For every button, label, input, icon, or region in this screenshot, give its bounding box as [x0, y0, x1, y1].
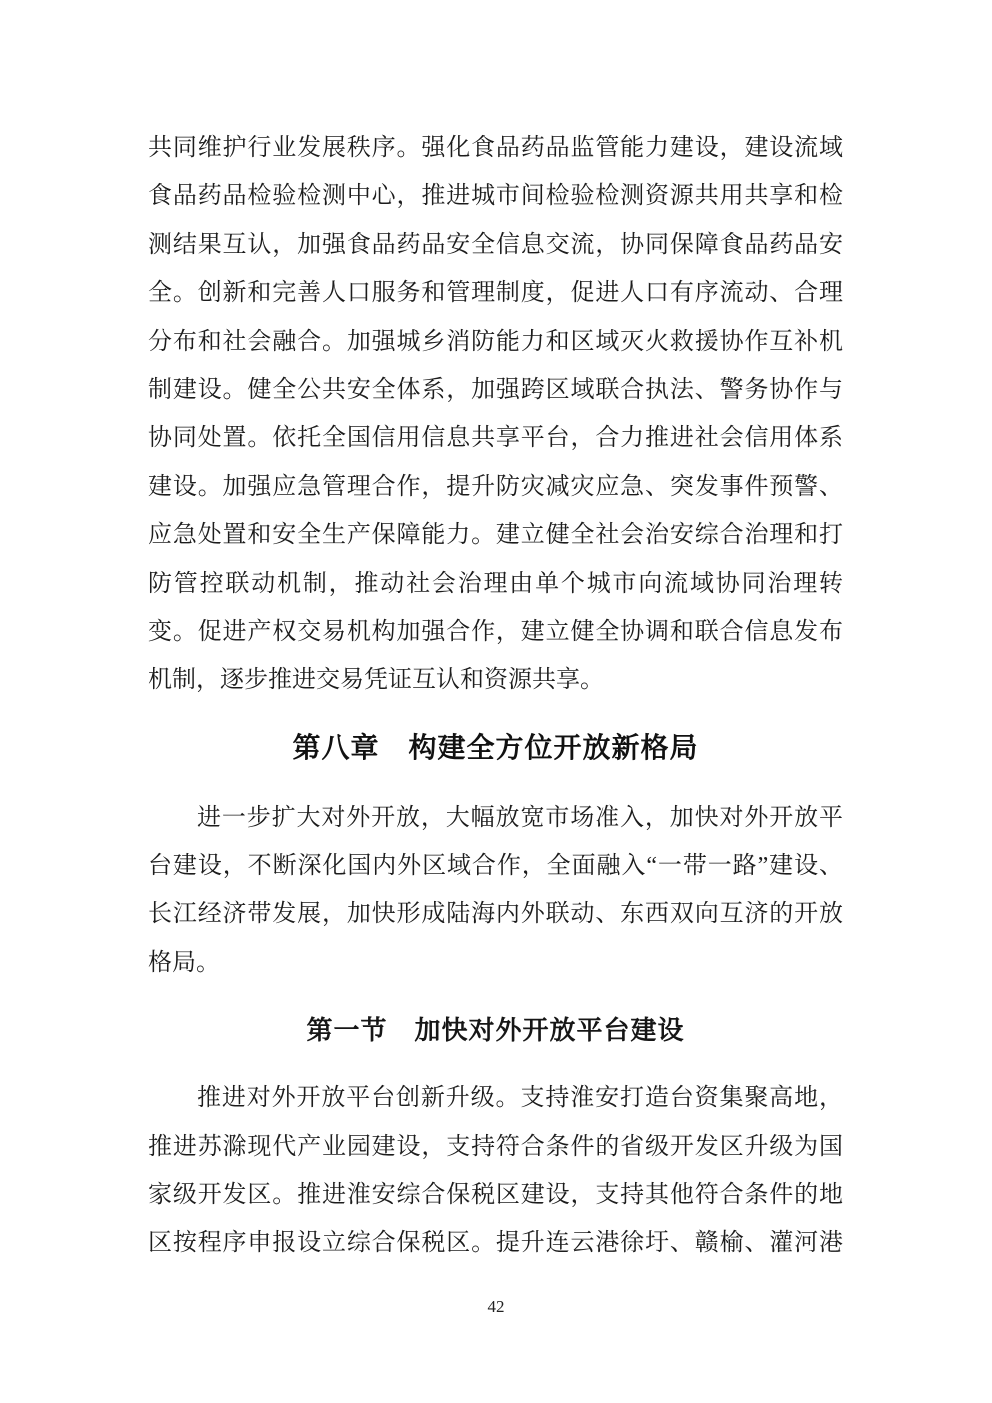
chapter-heading: 第八章 构建全方位开放新格局 — [148, 728, 843, 768]
body-text-line: 长江经济带发展，加快形成陆海内外联动、东西双向互济的开放 — [148, 890, 843, 938]
body-text-line: 分布和社会融合。加强城乡消防能力和区域灭火救援协作互补机 — [148, 318, 843, 366]
body-text-line: 格局。 — [148, 939, 843, 987]
body-text-line: 家级开发区。推进淮安综合保税区建设，支持其他符合条件的地 — [148, 1171, 843, 1219]
body-text-line: 共同维护行业发展秩序。强化食品药品监管能力建设，建设流域 — [148, 124, 843, 172]
body-text-line: 食品药品检验检测中心，推进城市间检验检测资源共用共享和检 — [148, 172, 843, 220]
body-text-line: 协同处置。依托全国信用信息共享平台，合力推进社会信用体系 — [148, 414, 843, 462]
body-text-line: 推进苏滁现代产业园建设，支持符合条件的省级开发区升级为国 — [148, 1123, 843, 1171]
body-text-line: 进一步扩大对外开放，大幅放宽市场准入，加快对外开放平 — [148, 794, 843, 842]
body-text-line: 全。创新和完善人口服务和管理制度，促进人口有序流动、合理 — [148, 269, 843, 317]
text-column: 共同维护行业发展秩序。强化食品药品监管能力建设，建设流域 食品药品检验检测中心，… — [148, 124, 843, 1268]
body-text-line: 区按程序申报设立综合保税区。提升连云港徐圩、赣榆、灌河港 — [148, 1219, 843, 1267]
body-text-line: 应急处置和安全生产保障能力。建立健全社会治安综合治理和打 — [148, 511, 843, 559]
body-text-line: 测结果互认，加强食品药品安全信息交流，协同保障食品药品安 — [148, 221, 843, 269]
section-heading: 第一节 加快对外开放平台建设 — [148, 1013, 843, 1049]
document-page: 共同维护行业发展秩序。强化食品药品监管能力建设，建设流域 食品药品检验检测中心，… — [0, 0, 992, 1403]
body-text-line: 防管控联动机制，推动社会治理由单个城市向流域协同治理转 — [148, 560, 843, 608]
body-text-line: 制建设。健全公共安全体系，加强跨区域联合执法、警务协作与 — [148, 366, 843, 414]
body-text-line: 机制，逐步推进交易凭证互认和资源共享。 — [148, 656, 843, 704]
paragraph-section-body: 推进对外开放平台创新升级。支持淮安打造台资集聚高地， 推进苏滁现代产业园建设，支… — [148, 1074, 843, 1268]
paragraph-chapter-intro: 进一步扩大对外开放，大幅放宽市场准入，加快对外开放平 台建设，不断深化国内外区域… — [148, 794, 843, 988]
body-text-line: 台建设，不断深化国内外区域合作，全面融入“一带一路”建设、 — [148, 842, 843, 890]
paragraph-continuation: 共同维护行业发展秩序。强化食品药品监管能力建设，建设流域 食品药品检验检测中心，… — [148, 124, 843, 705]
page-number: 42 — [0, 1297, 992, 1317]
body-text-line: 推进对外开放平台创新升级。支持淮安打造台资集聚高地， — [148, 1074, 843, 1122]
body-text-line: 建设。加强应急管理合作，提升防灾减灾应急、突发事件预警、 — [148, 463, 843, 511]
body-text-line: 变。促进产权交易机构加强合作，建立健全协调和联合信息发布 — [148, 608, 843, 656]
